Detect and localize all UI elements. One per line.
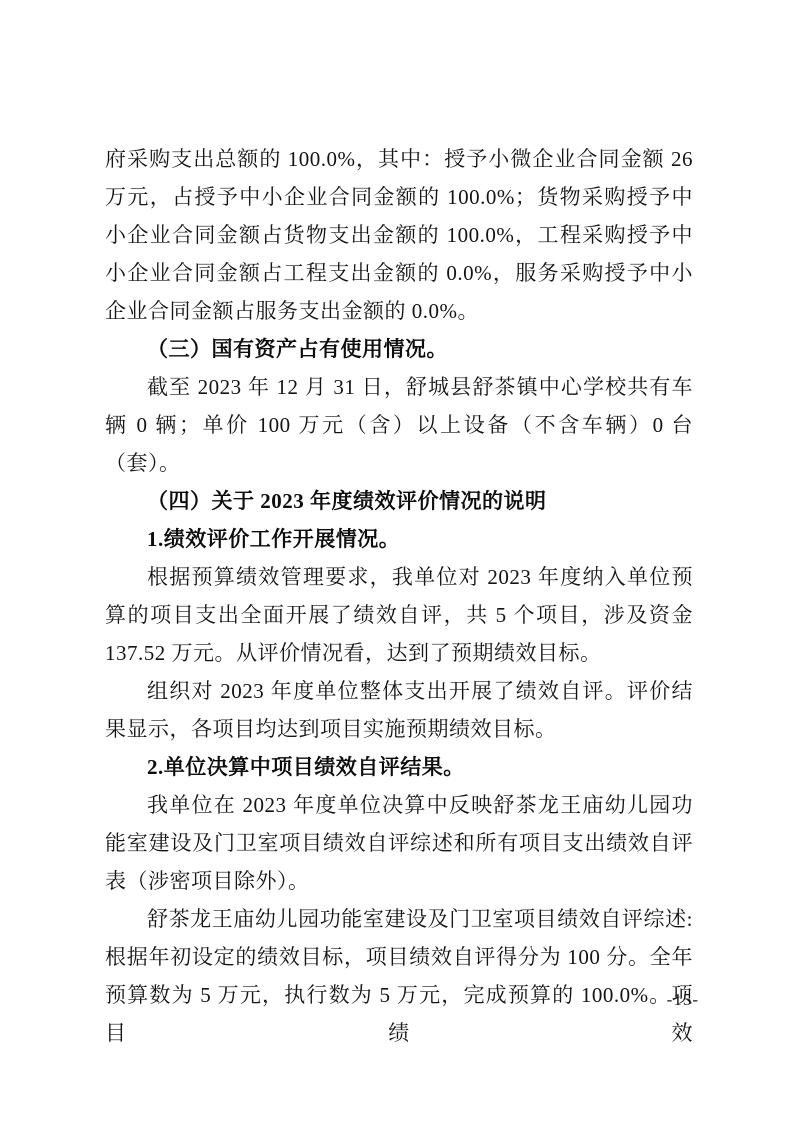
heading-state-assets: （三）国有资产占有使用情况。	[105, 330, 693, 368]
paragraph-evaluation-work: 根据预算绩效管理要求，我单位对 2023 年度纳入单位预算的项目支出全面开展了绩…	[105, 558, 693, 672]
heading-performance-evaluation: （四）关于 2023 年度绩效评价情况的说明	[105, 482, 693, 520]
paragraph-self-evaluation-summary-scope: 我单位在 2023 年度单位决算中反映舒茶龙王庙幼儿园功能室建设及门卫室项目绩效…	[105, 786, 693, 900]
paragraph-kindergarten-project-summary: 舒茶龙王庙幼儿园功能室建设及门卫室项目绩效自评综述:根据年初设定的绩效目标，项目…	[105, 900, 693, 1052]
paragraph-procurement-continuation: 府采购支出总额的 100.0%，其中：授予小微企业合同金额 26 万元，占授予中…	[105, 140, 693, 330]
paragraph-overall-expenditure-evaluation: 组织对 2023 年度单位整体支出开展了绩效自评。评价结果显示，各项目均达到项目…	[105, 672, 693, 748]
paragraph-state-assets: 截至 2023 年 12 月 31 日，舒城县舒茶镇中心学校共有车辆 0 辆；单…	[105, 368, 693, 482]
heading-evaluation-work: 1.绩效评价工作开展情况。	[105, 520, 693, 558]
document-page: 府采购支出总额的 100.0%，其中：授予小微企业合同金额 26 万元，占授予中…	[0, 0, 793, 1122]
heading-self-evaluation-results: 2.单位决算中项目绩效自评结果。	[105, 748, 693, 786]
page-number: -15-	[667, 988, 699, 1012]
document-body: 府采购支出总额的 100.0%，其中：授予小微企业合同金额 26 万元，占授予中…	[105, 140, 693, 1052]
